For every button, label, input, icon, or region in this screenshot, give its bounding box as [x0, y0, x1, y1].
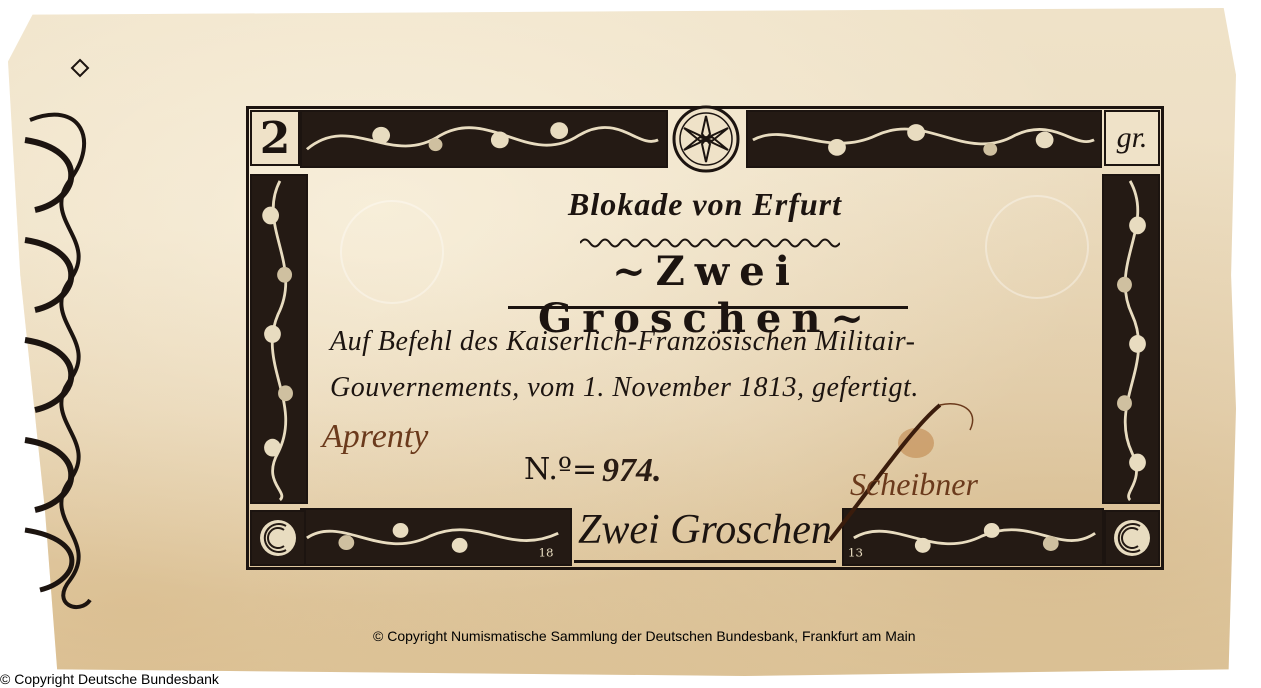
- rosette-icon: [664, 104, 748, 174]
- signature-right: Scheibner: [850, 466, 978, 503]
- note-title: Blokade von Erfurt: [440, 186, 970, 223]
- signature-left: Aprenty: [322, 418, 428, 456]
- copyright-notice: © Copyright Numismatische Sammlung der D…: [373, 628, 916, 644]
- vine-ornament-icon: [300, 110, 668, 168]
- divider: [508, 306, 908, 309]
- denomination-numeral: 2: [250, 110, 300, 166]
- currency-abbreviation: gr.: [1104, 110, 1160, 166]
- serial-number: 974.: [602, 452, 662, 490]
- vine-ornament-icon: [746, 110, 1102, 168]
- vine-ornament-icon: 18: [300, 508, 572, 566]
- svg-text:18: 18: [538, 546, 553, 560]
- issue-text-line-1: Auf Befehl des Kaiserlich-Französischen …: [330, 326, 1080, 358]
- serial-label: N.º=: [524, 452, 597, 487]
- vine-ornament-icon: [1102, 174, 1160, 504]
- copyright-corner: © Copyright Deutsche Bundesbank: [0, 671, 219, 687]
- vine-ornament-icon: [250, 174, 308, 504]
- crescent-moon-icon: [1104, 510, 1160, 566]
- flourish-icon: [20, 40, 110, 620]
- crescent-moon-icon: [250, 510, 306, 566]
